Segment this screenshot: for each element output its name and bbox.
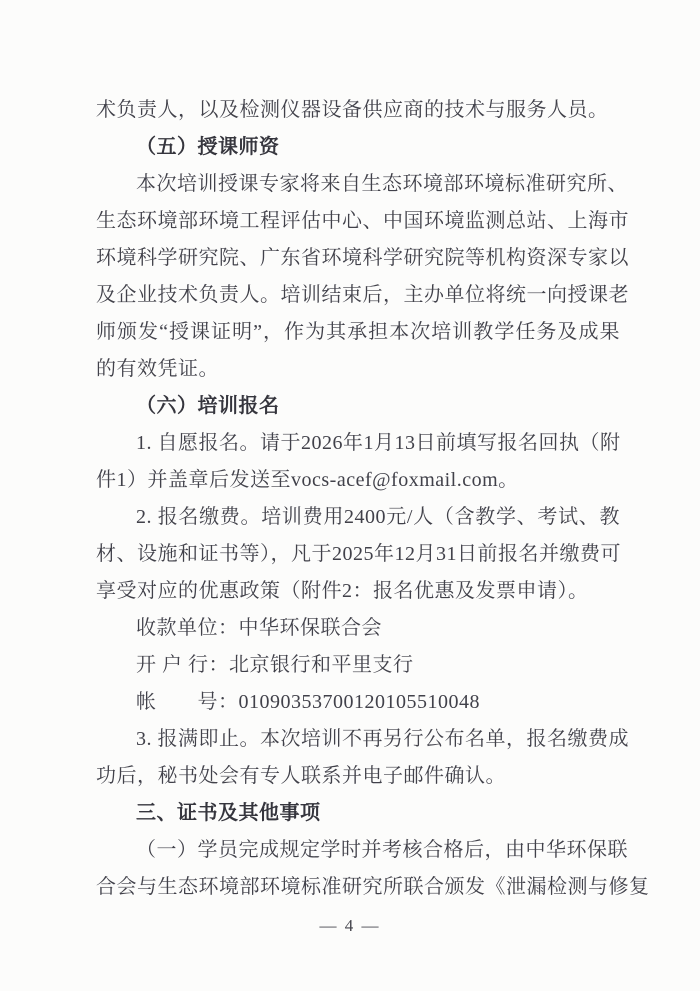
document-line: 本次培训授课专家将来自生态环境部环境标准研究所、 (96, 167, 620, 204)
document-line: 材、设施和证书等），凡于2025年12月31日前报名并缴费可 (96, 537, 620, 574)
document-line: 合会与生态环境部环境标准研究所联合颁发《泄漏检测与修复 (96, 870, 620, 907)
document-page: 术负责人，以及检测仪器设备供应商的技术与服务人员。 （五）授课师资 本次培训授课… (0, 0, 700, 991)
document-line: 的有效凭证。 (96, 352, 620, 389)
section-heading: （六）培训报名 (96, 389, 620, 426)
document-line: 师颁发“授课证明”，作为其承担本次培训教学任务及成果 (96, 315, 620, 352)
payee-field: 收款单位：中华环保联合会 (96, 611, 620, 648)
page-number: — 4 — (0, 916, 700, 936)
document-line: （一）学员完成规定学时并考核合格后，由中华环保联 (96, 833, 620, 870)
document-line: 及企业技术负责人。培训结束后，主办单位将统一向授课老 (96, 278, 620, 315)
account-field: 帐 号：01090353700120105510048 (96, 685, 620, 722)
document-line: 1. 自愿报名。请于2026年1月13日前填写报名回执（附 (96, 426, 620, 463)
document-line: 术负责人，以及检测仪器设备供应商的技术与服务人员。 (96, 93, 620, 130)
section-heading: （五）授课师资 (96, 130, 620, 167)
document-line: 件1）并盖章后发送至vocs-acef@foxmail.com。 (96, 463, 620, 500)
document-line: 3. 报满即止。本次培训不再另行公布名单，报名缴费成 (96, 722, 620, 759)
document-line: 享受对应的优惠政策（附件2：报名优惠及发票申请）。 (96, 574, 620, 611)
document-line: 生态环境部环境工程评估中心、中国环境监测总站、上海市 (96, 204, 620, 241)
document-line: 功后，秘书处会有专人联系并电子邮件确认。 (96, 759, 620, 796)
document-line: 2. 报名缴费。培训费用2400元/人（含教学、考试、教 (96, 500, 620, 537)
section-heading: 三、证书及其他事项 (96, 796, 620, 833)
bank-field: 开 户 行：北京银行和平里支行 (96, 648, 620, 685)
document-line: 环境科学研究院、广东省环境科学研究院等机构资深专家以 (96, 241, 620, 278)
